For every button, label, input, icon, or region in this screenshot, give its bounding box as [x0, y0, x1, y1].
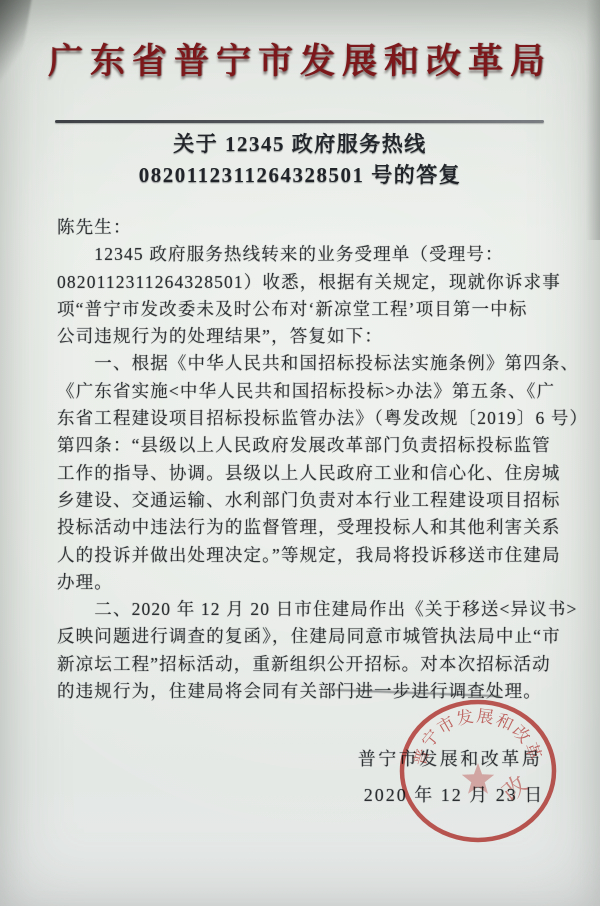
letterhead-title: 广东省普宁市发展和改革局: [0, 34, 600, 84]
body-line: 投标活动中违法行为的监督管理，受理投标人和其他利害关系: [57, 514, 549, 541]
body-line: 第四条：“县级以上人民政府发展改革部门负责招标投标监管: [57, 432, 549, 459]
body-line: 人的投诉并做出处理决定。”等规定，我局将投诉移送市住建局: [57, 542, 549, 569]
document-body: 陈先生： 12345 政府服务热线转来的业务受理单（受理号： 082011231…: [57, 214, 549, 705]
document-photo: 广东省普宁市发展和改革局 关于 12345 政府服务热线 08201123112…: [0, 0, 600, 906]
body-line: 新凉坛工程”招标活动，重新组织公开招标。对本次招标活动: [57, 651, 549, 678]
body-line: 工作的指导、协调。县级以上人民政府工业和信心化、住房城: [57, 460, 549, 487]
subtitle-line-1: 关于 12345 政府服务热线: [0, 129, 600, 160]
body-line: 办理。: [57, 569, 549, 596]
body-line: 乡建设、交通运输、水利部门负责对本行业工程建设项目招标: [57, 487, 549, 514]
body-line: 12345 政府服务热线转来的业务受理单（受理号：: [57, 241, 549, 268]
body-line: 反映问题进行调查的复函》，住建局同意市城管执法局中止“市: [57, 623, 549, 650]
body-line: 0820112311264328501）收悉，根据有关规定，现就你诉求事: [57, 269, 549, 296]
body-line: 项“普宁市发改委未及时公布对‘新凉堂工程’项目第一中标: [57, 296, 549, 323]
document-subtitle: 关于 12345 政府服务热线 0820112311264328501 号的答复: [0, 129, 600, 191]
body-line: 东省工程建设项目招标投标监管办法》（粤发改规〔2019〕6 号）: [57, 405, 549, 432]
seal-inner-mark: 改: [498, 770, 534, 806]
salutation: 陈先生：: [57, 214, 549, 241]
body-line: 二、2020 年 12 月 20 日市住建局作出《关于移送<异议书>: [57, 596, 549, 623]
seal-star: [462, 763, 494, 794]
seal-ring-text: 普宁市发展和改革局: [398, 698, 545, 768]
body-line: 公司违规行为的处理结果”，答复如下：: [57, 323, 549, 350]
body-line: 一、根据《中华人民共和国招标投标法实施条例》第四条、: [57, 350, 549, 377]
letterhead-rule: [55, 120, 544, 123]
subtitle-line-2: 0820112311264328501 号的答复: [0, 160, 600, 191]
body-line: 《广东省实施<中华人民共和国招标投标>办法》第五条、《广: [57, 378, 549, 405]
official-seal: 普宁市发展和改革局 改: [398, 698, 558, 846]
